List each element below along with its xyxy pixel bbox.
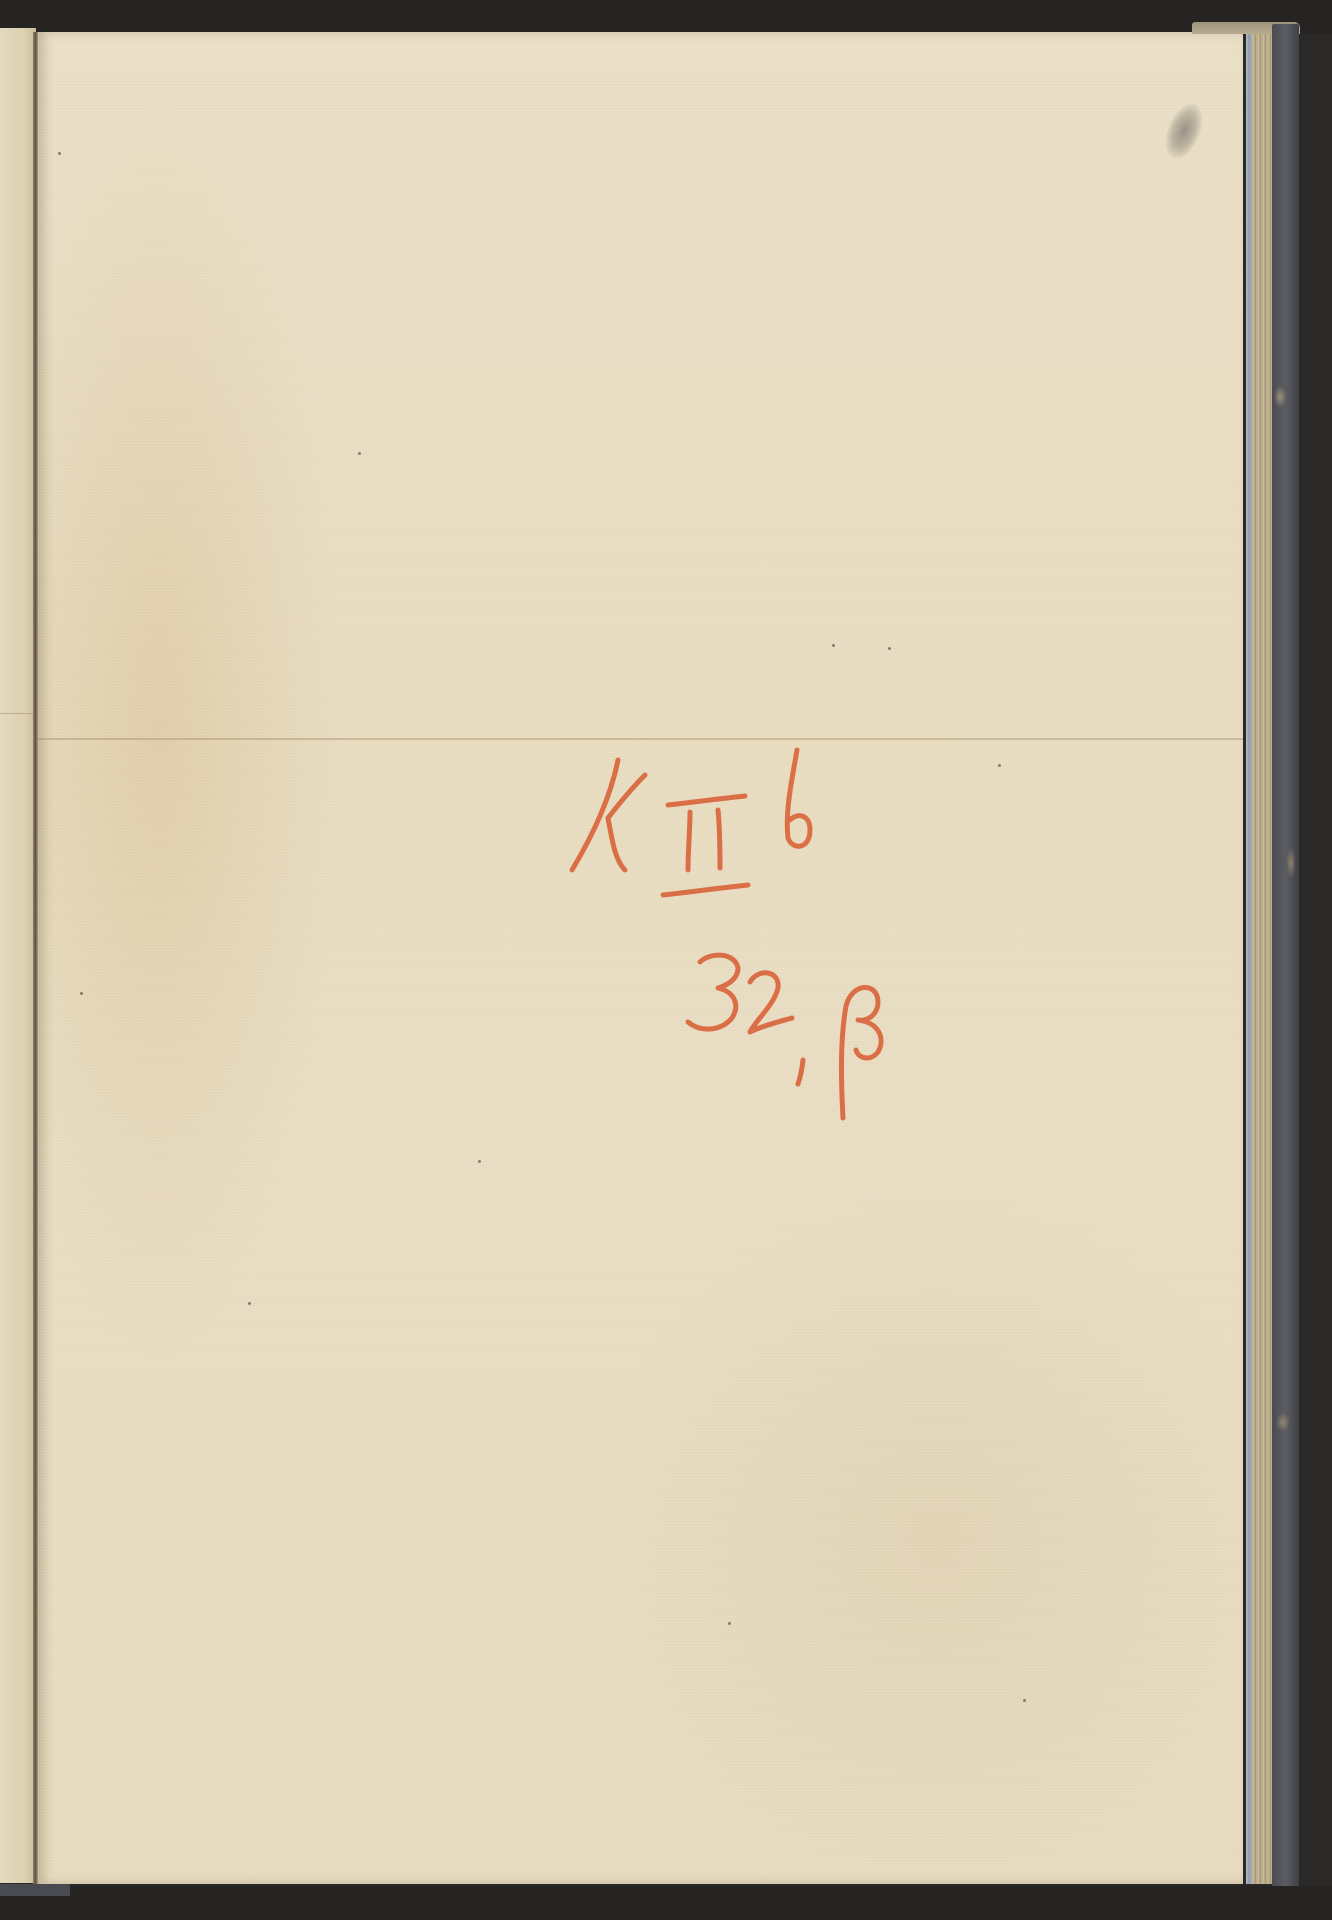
foxing-speck [248, 1302, 251, 1305]
foxing-speck [888, 647, 891, 650]
cover-corner-bottom-left [0, 1884, 70, 1896]
foxing-speck [478, 1160, 481, 1163]
foxing-speck [358, 452, 361, 455]
scan-background-bottom [0, 1886, 1332, 1920]
marbled-cover-edge [1272, 24, 1299, 1888]
foxing-speck [998, 764, 1001, 767]
page-stack-edges [1252, 32, 1273, 1884]
shelfmark-annotation: K II b 32, β [560, 720, 860, 1080]
foxing-speck [728, 1622, 731, 1625]
fold-crease-left [0, 713, 33, 714]
foxing-speck [80, 992, 83, 995]
foxing-speck [832, 644, 835, 647]
foxing-speck [1023, 1699, 1026, 1702]
handwriting-strokes [560, 720, 860, 1080]
facing-page-edge [0, 28, 36, 1883]
scanned-page-image: K II b 32, β [0, 0, 1332, 1920]
foxing-speck [58, 152, 61, 155]
scan-background-top [0, 0, 1332, 34]
